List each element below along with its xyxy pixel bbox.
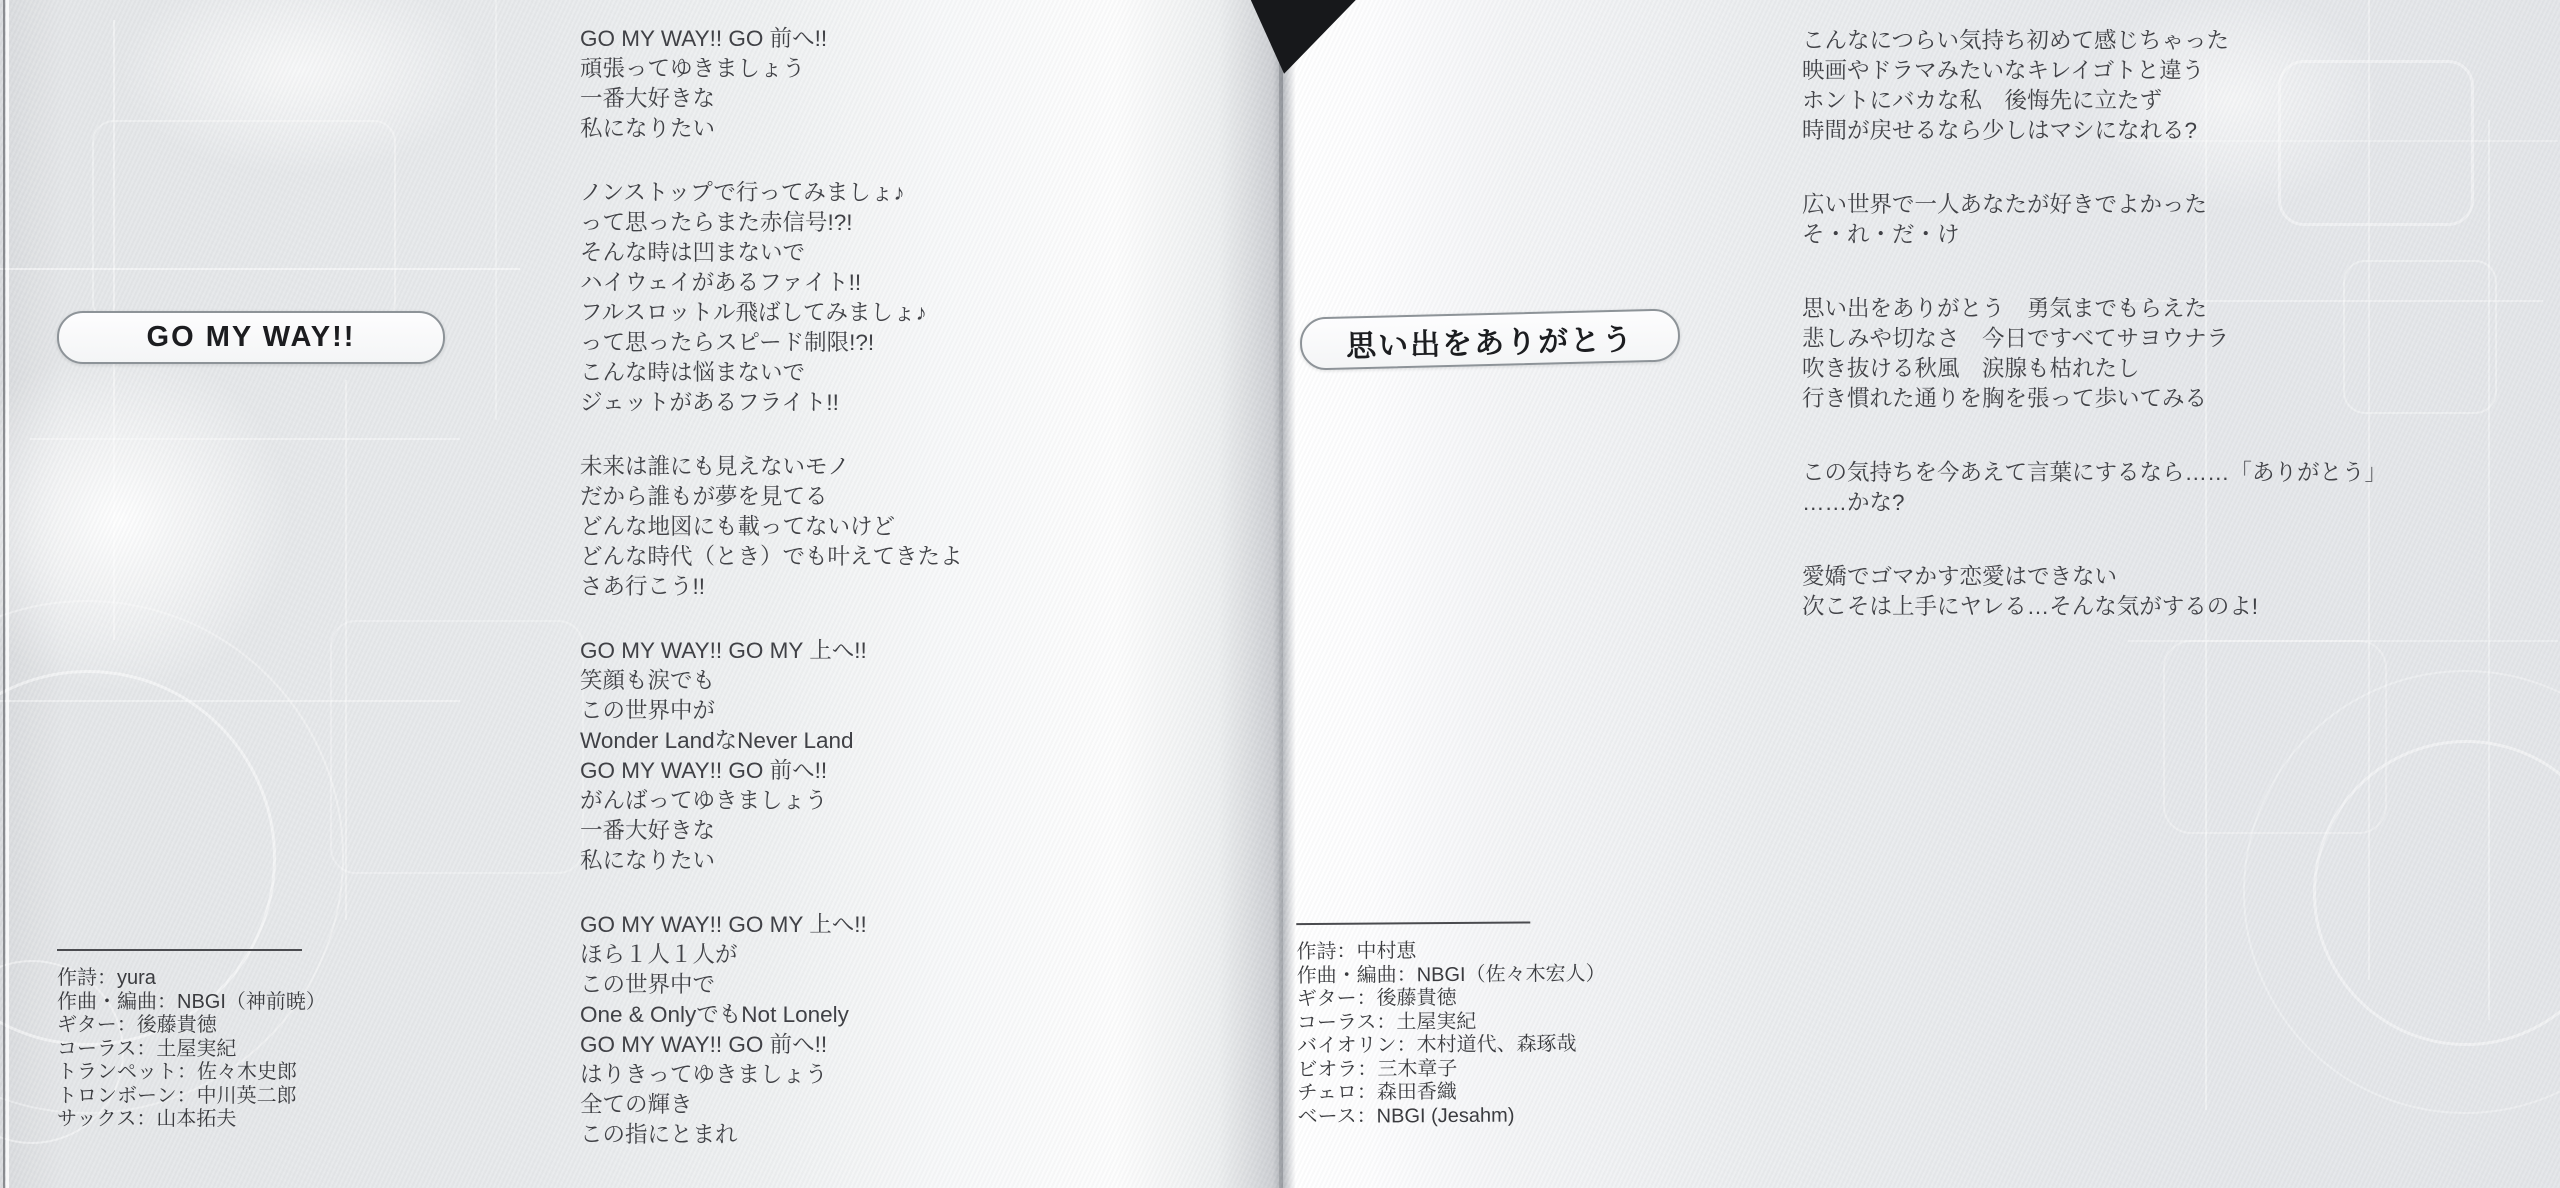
- lyrics-line: どんな地図にも載ってないけど: [580, 512, 963, 542]
- credit-line: 作曲・編曲：NBGI（佐々木宏人）: [1297, 962, 1606, 988]
- credit-line: バイオリン：木村道代、森琢哉: [1297, 1033, 1606, 1059]
- page-edge-highlight: [6, 0, 9, 1188]
- lyrics-line: こんな時は悩まないで: [580, 358, 963, 388]
- lyrics-stanza: 広い世界で一人あなたが好きでよかったそ・れ・だ・け: [1802, 190, 2387, 250]
- lyrics-line: 私になりたい: [580, 114, 963, 144]
- song-title-badge: 思い出をありがとう: [1299, 308, 1680, 370]
- credit-line: トロンボーン：中川英二郎: [57, 1085, 326, 1109]
- lyrics-line: GO MY WAY!! GO 前へ!!: [580, 756, 963, 786]
- lyrics-stanza: この気持ちを今あえて言葉にするなら……「ありがとう」……かな?: [1802, 458, 2387, 518]
- watermark-circle: [2243, 670, 2560, 1114]
- lyrics-line: ジェットがあるフライト!!: [580, 388, 963, 418]
- lyrics-line: 愛嬌でゴマかす恋愛はできない: [1802, 562, 2387, 592]
- credit-line: ベース：NBGI (Jesahm): [1298, 1103, 1607, 1129]
- page-edge-shadow: [3, 0, 5, 1188]
- scan-highlight-glow: [40, 0, 560, 220]
- lyrics-block: GO MY WAY!! GO 前へ!!頑張ってゆきましょう一番大好きな私になりた…: [580, 24, 963, 1184]
- lyrics-line: ……かな?: [1802, 488, 2387, 518]
- lyrics-line: はりきってゆきましょう: [580, 1060, 963, 1090]
- page-gutter-shadow: [1279, 58, 1283, 1188]
- lyrics-stanza: 思い出をありがとう 勇気までもらえた悲しみや切なさ 今日ですべてサヨウナラ吹き抜…: [1802, 294, 2387, 414]
- lyrics-line: One & OnlyでもNot Lonely: [580, 1000, 963, 1030]
- credits-block: 作詩：yura作曲・編曲：NBGI（神前暁）ギター：後藤貴徳コーラス：土屋実紀ト…: [57, 949, 326, 1132]
- left-page: GO MY WAY!! GO MY WAY!! GO 前へ!!頑張ってゆきましょ…: [0, 0, 1283, 1188]
- lyrics-line: Wonder LandなNever Land: [580, 726, 963, 756]
- lyrics-line: この指にとまれ: [580, 1120, 963, 1150]
- lyrics-line: GO MY WAY!! GO MY 上へ!!: [580, 636, 963, 666]
- lyrics-stanza: GO MY WAY!! GO MY 上へ!!ほら１人１人がこの世界中でOne &…: [580, 910, 963, 1150]
- lyrics-line: って思ったらスピード制限!?!: [580, 328, 963, 358]
- credit-line: チェロ：森田香織: [1297, 1080, 1606, 1106]
- lyrics-line: さあ行こう!!: [580, 572, 963, 602]
- credit-line: サックス：山本拓夫: [57, 1108, 326, 1132]
- watermark-circle: [2313, 740, 2560, 1046]
- credits-divider: [57, 949, 302, 951]
- credit-line: ビオラ：三木章子: [1297, 1056, 1606, 1082]
- lyrics-line: どんな時代（とき）でも叶えてきたよ: [580, 542, 963, 572]
- lyrics-stanza: こんなにつらい気持ち初めて感じちゃった映画やドラマみたいなキレイゴトと違うホント…: [1802, 26, 2387, 146]
- lyrics-stanza: GO MY WAY!! GO MY 上へ!!笑顔も涙でもこの世界中がWonder…: [580, 636, 963, 876]
- song-title: 思い出をありがとう: [1346, 314, 1635, 365]
- lyrics-stanza: GO MY WAY!! GO 前へ!!頑張ってゆきましょう一番大好きな私になりた…: [580, 24, 963, 144]
- lyrics-line: GO MY WAY!! GO 前へ!!: [580, 24, 963, 54]
- credits-list: 作詩：yura作曲・編曲：NBGI（神前暁）ギター：後藤貴徳コーラス：土屋実紀ト…: [57, 967, 326, 1132]
- lyrics-line: 吹き抜ける秋風 涙腺も枯れたし: [1802, 354, 2387, 384]
- credit-line: 作詩：中村恵: [1296, 939, 1605, 965]
- lyrics-line: 一番大好きな: [580, 84, 963, 114]
- credits-list: 作詩：中村恵作曲・編曲：NBGI（佐々木宏人）ギター：後藤貴徳コーラス：土屋実紀…: [1296, 939, 1606, 1129]
- credit-line: 作詩：yura: [57, 967, 326, 991]
- watermark-rounded-square: [92, 120, 396, 324]
- credit-line: ギター：後藤貴徳: [57, 1014, 326, 1038]
- lyrics-line: 悲しみや切なさ 今日ですべてサヨウナラ: [1802, 324, 2387, 354]
- lyrics-line: この気持ちを今あえて言葉にするなら……「ありがとう」: [1802, 458, 2387, 488]
- lyrics-line: 広い世界で一人あなたが好きでよかった: [1802, 190, 2387, 220]
- lyrics-line: ノンストップで行ってみましょ♪: [580, 178, 963, 208]
- credit-line: トランペット：佐々木史郎: [57, 1061, 326, 1085]
- lyrics-line: この世界中が: [580, 696, 963, 726]
- credit-line: コーラス：土屋実紀: [57, 1038, 326, 1062]
- lyrics-line: ハイウェイがあるファイト!!: [580, 268, 963, 298]
- lyrics-line: 行き慣れた通りを胸を張って歩いてみる: [1802, 384, 2387, 414]
- lyrics-line: 全ての輝き: [580, 1090, 963, 1120]
- lyrics-line: 私になりたい: [580, 846, 963, 876]
- watermark-rounded-square: [2163, 640, 2387, 834]
- lyrics-line: がんばってゆきましょう: [580, 786, 963, 816]
- song-title: GO MY WAY!!: [147, 321, 356, 354]
- lyrics-line: GO MY WAY!! GO 前へ!!: [580, 1030, 963, 1060]
- lyrics-block: こんなにつらい気持ち初めて感じちゃった映画やドラマみたいなキレイゴトと違うホント…: [1802, 26, 2387, 666]
- lyrics-line: 笑顔も涙でも: [580, 666, 963, 696]
- lyrics-stanza: ノンストップで行ってみましょ♪って思ったらまた赤信号!?!そんな時は凹まないでハ…: [580, 178, 963, 418]
- lyrics-line: そ・れ・だ・け: [1802, 220, 2387, 250]
- booklet-spread: GO MY WAY!! GO MY WAY!! GO 前へ!!頑張ってゆきましょ…: [0, 0, 2560, 1188]
- lyrics-line: フルスロットル飛ばしてみましょ♪: [580, 298, 963, 328]
- lyrics-line: ほら１人１人が: [580, 940, 963, 970]
- credit-line: ギター：後藤貴徳: [1297, 986, 1606, 1012]
- lyrics-line: 時間が戻せるなら少しはマシになれる?: [1802, 116, 2387, 146]
- credit-line: コーラス：土屋実紀: [1297, 1009, 1606, 1035]
- song-title-badge: GO MY WAY!!: [57, 311, 445, 364]
- lyrics-line: 未来は誰にも見えないモノ: [580, 452, 963, 482]
- lyrics-stanza: 未来は誰にも見えないモノだから誰もが夢を見てるどんな地図にも載ってないけどどんな…: [580, 452, 963, 602]
- lyrics-line: そんな時は凹まないで: [580, 238, 963, 268]
- lyrics-line: 映画やドラマみたいなキレイゴトと違う: [1802, 56, 2387, 86]
- lyrics-line: 次こそは上手にヤレる…そんな気がするのよ!: [1802, 592, 2387, 622]
- lyrics-line: って思ったらまた赤信号!?!: [580, 208, 963, 238]
- lyrics-line: この世界中で: [580, 970, 963, 1000]
- credits-block: 作詩：中村恵作曲・編曲：NBGI（佐々木宏人）ギター：後藤貴徳コーラス：土屋実紀…: [1296, 921, 1606, 1129]
- lyrics-line: ホントにバカな私 後悔先に立たず: [1802, 86, 2387, 116]
- lyrics-line: 一番大好きな: [580, 816, 963, 846]
- lyrics-stanza: 愛嬌でゴマかす恋愛はできない次こそは上手にヤレる…そんな気がするのよ!: [1802, 562, 2387, 622]
- lyrics-line: こんなにつらい気持ち初めて感じちゃった: [1802, 26, 2387, 56]
- right-page: 思い出をありがとう こんなにつらい気持ち初めて感じちゃった映画やドラマみたいなキ…: [1283, 0, 2560, 1188]
- lyrics-line: だから誰もが夢を見てる: [580, 482, 963, 512]
- credits-divider: [1296, 921, 1530, 925]
- lyrics-line: 頑張ってゆきましょう: [580, 54, 963, 84]
- watermark-rounded-square: [330, 620, 584, 874]
- lyrics-line: 思い出をありがとう 勇気までもらえた: [1802, 294, 2387, 324]
- lyrics-line: GO MY WAY!! GO MY 上へ!!: [580, 910, 963, 940]
- credit-line: 作曲・編曲：NBGI（神前暁）: [57, 991, 326, 1015]
